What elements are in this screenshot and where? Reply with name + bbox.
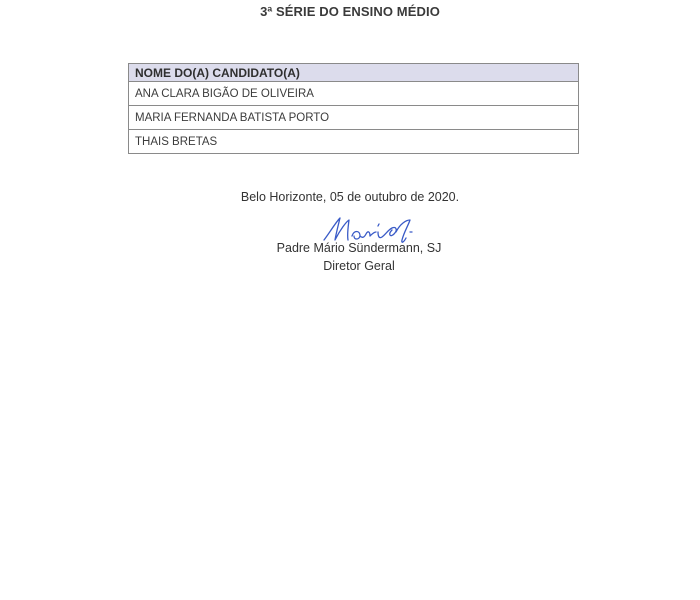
table-row: MARIA FERNANDA BATISTA PORTO [129,106,579,130]
candidate-name: MARIA FERNANDA BATISTA PORTO [129,106,579,130]
signer-name: Padre Mário Sündermann, SJ [0,241,700,255]
candidates-table: NOME DO(A) CANDIDATO(A) ANA CLARA BIGÃO … [128,63,579,154]
column-header-name: NOME DO(A) CANDIDATO(A) [129,64,579,82]
candidate-name: THAIS BRETAS [129,130,579,154]
table-row: ANA CLARA BIGÃO DE OLIVEIRA [129,82,579,106]
signer-role: Diretor Geral [0,259,700,273]
table-row: THAIS BRETAS [129,130,579,154]
candidate-name: ANA CLARA BIGÃO DE OLIVEIRA [129,82,579,106]
place-and-date: Belo Horizonte, 05 de outubro de 2020. [0,190,700,204]
document-title: 3ª SÉRIE DO ENSINO MÉDIO [0,4,700,19]
table-header-row: NOME DO(A) CANDIDATO(A) [129,64,579,82]
